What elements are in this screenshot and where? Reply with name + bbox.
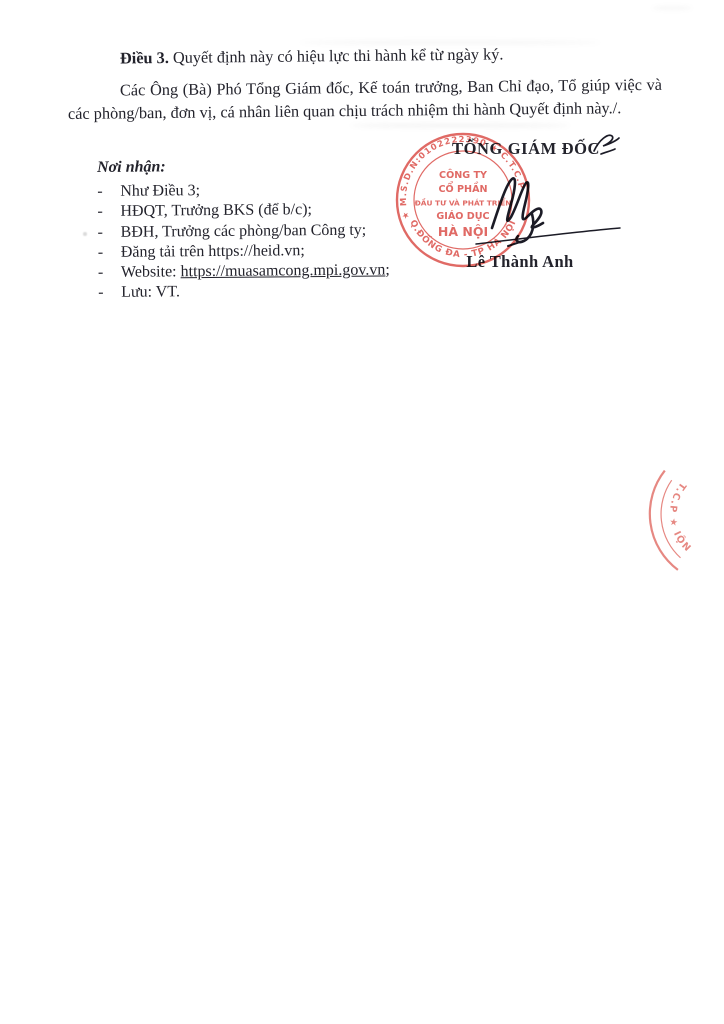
edge-stamp-text: T.C.P ★ IỘN [667,480,694,555]
list-dash: - [97,182,120,202]
article-text: Quyết định này có hiệu lực thi hành kể t… [169,44,504,67]
website-label: Website: [121,263,181,281]
company-stamp: ★ M.S.D.N:0102222390 ★ C.T.C.P Q.ĐỐNG ĐA… [393,130,533,270]
stamp-center-line4: GIÁO DỤC [436,209,489,222]
stamp-center-line2: CỔ PHẦN [438,180,487,195]
list-dash: - [97,202,120,222]
recipient-item: - Website: https://muasamcong.mpi.gov.vn… [98,260,428,283]
scan-artifact [350,123,570,128]
article-3-paragraph: Điều 3. Quyết định này có hiệu lực thi h… [68,41,662,70]
scanned-document-page: Điều 3. Quyết định này có hiệu lực thi h… [0,0,724,1024]
website-url: https://muasamcong.mpi.gov.vn [181,262,386,281]
recipients-block: Nơi nhận: - Như Điều 3; - HĐQT, Trưởng B… [97,156,428,304]
paragraph-indent [68,63,120,64]
list-dash: - [98,263,121,283]
recipient-text: Lưu: VT. [121,283,180,304]
recipient-item: - Như Điều 3; [97,179,427,202]
stamp-center-line3: ĐẦU TƯ VÀ PHÁT TRIỂN [415,198,512,208]
scan-artifact [652,6,692,10]
partial-edge-stamp: T.C.P ★ IỘN [636,452,724,580]
pen-flourish-mark [591,131,623,159]
list-dash: - [98,222,121,242]
recipient-text: Đăng tải trên https://heid.vn; [121,241,305,263]
stamp-center-line5: HÀ NỘI [438,224,488,239]
scan-artifact [83,232,87,236]
article-label: Điều 3. [120,48,169,68]
recipient-text: Website: https://muasamcong.mpi.gov.vn; [121,261,390,284]
recipient-item: - BĐH, Trưởng các phòng/ban Công ty; [98,220,428,243]
website-suffix: ; [385,262,390,279]
recipient-text: Như Điều 3; [120,181,200,202]
recipient-text: BĐH, Trưởng các phòng/ban Công ty; [121,220,367,242]
recipient-item: - Lưu: VT. [98,281,428,304]
recipient-item: - HĐQT, Trưởng BKS (để b/c); [97,199,427,222]
list-dash: - [98,243,121,263]
recipients-heading: Nơi nhận: [97,156,427,177]
stamp-center-line1: CÔNG TY [439,168,488,181]
recipient-text: HĐQT, Trưởng BKS (để b/c); [120,200,312,222]
recipient-item: - Đăng tải trên https://heid.vn; [98,240,428,263]
implementation-paragraph-line2: các phòng/ban, đơn vị, cá nhân liên quan… [68,96,662,125]
list-dash: - [98,283,121,303]
